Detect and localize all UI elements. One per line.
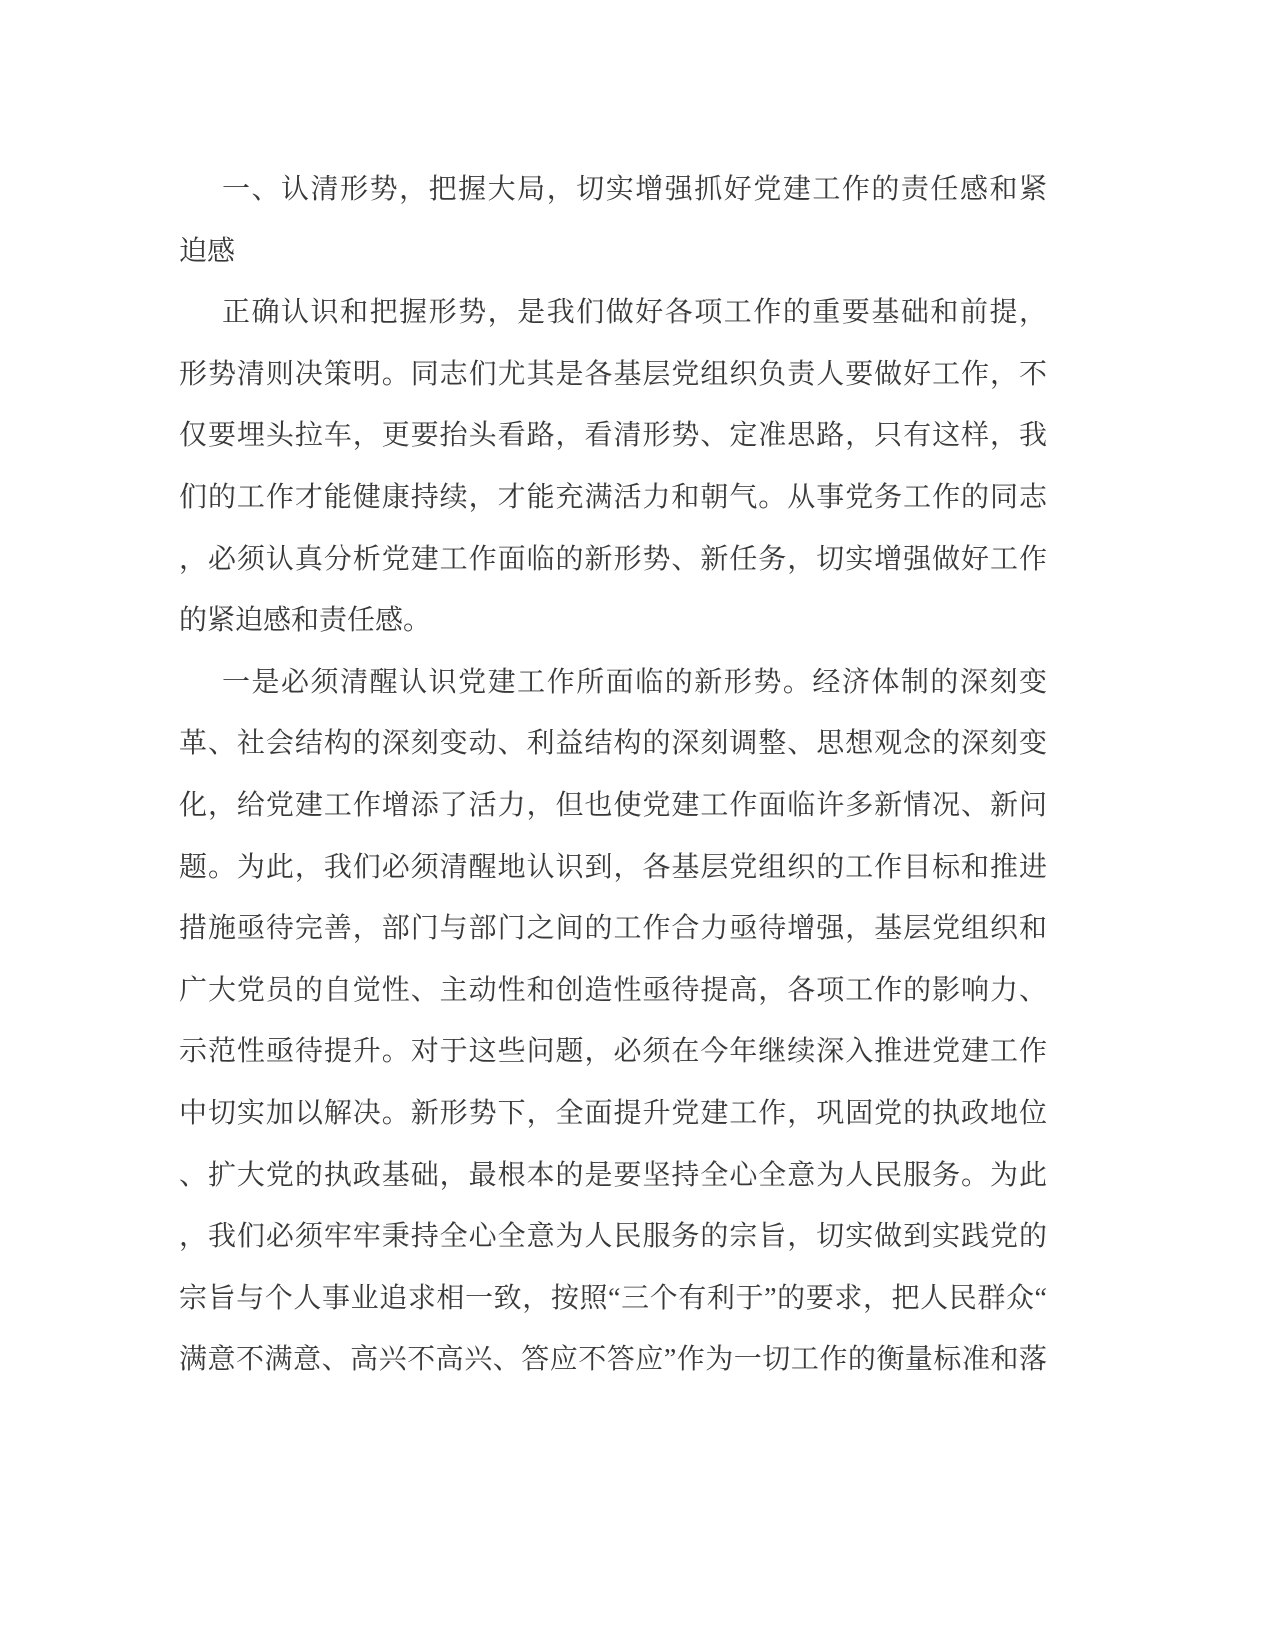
text-line: 中切实加以解决。新形势下，全面提升党建工作，巩固党的执政地位 <box>179 1083 1047 1145</box>
document-body: 一、认清形势，把握大局，切实增强抓好党建工作的责任感和紧迫感正确认识和把握形势，… <box>179 159 1047 1391</box>
text-line: 的紧迫感和责任感。 <box>179 590 1047 652</box>
text-line: 、扩大党的执政基础，最根本的是要坚持全心全意为人民服务。为此 <box>179 1145 1047 1207</box>
text-line: 一、认清形势，把握大局，切实增强抓好党建工作的责任感和紧 <box>179 159 1047 221</box>
text-line: ，我们必须牢牢秉持全心全意为人民服务的宗旨，切实做到实践党的 <box>179 1206 1047 1268</box>
text-line: 一是必须清醒认识党建工作所面临的新形势。经济体制的深刻变 <box>179 652 1047 714</box>
text-line: 示范性亟待提升。对于这些问题，必须在今年继续深入推进党建工作 <box>179 1021 1047 1083</box>
text-line: 仅要埋头拉车，更要抬头看路，看清形势、定准思路，只有这样，我 <box>179 405 1047 467</box>
text-line: 措施亟待完善，部门与部门之间的工作合力亟待增强，基层党组织和 <box>179 898 1047 960</box>
text-line: 题。为此，我们必须清醒地认识到，各基层党组织的工作目标和推进 <box>179 837 1047 899</box>
text-line: 化，给党建工作增添了活力，但也使党建工作面临许多新情况、新问 <box>179 775 1047 837</box>
text-line: 们的工作才能健康持续，才能充满活力和朝气。从事党务工作的同志 <box>179 467 1047 529</box>
text-line: 形势清则决策明。同志们尤其是各基层党组织负责人要做好工作，不 <box>179 344 1047 406</box>
text-line: 满意不满意、高兴不高兴、答应不答应”作为一切工作的衡量标准和落 <box>179 1329 1047 1391</box>
text-line: 迫感 <box>179 221 1047 283</box>
text-line: 宗旨与个人事业追求相一致，按照“三个有利于”的要求，把人民群众“ <box>179 1268 1047 1330</box>
text-line: ，必须认真分析党建工作面临的新形势、新任务，切实增强做好工作 <box>179 529 1047 591</box>
text-line: 广大党员的自觉性、主动性和创造性亟待提高，各项工作的影响力、 <box>179 960 1047 1022</box>
text-line: 革、社会结构的深刻变动、利益结构的深刻调整、思想观念的深刻变 <box>179 713 1047 775</box>
text-line: 正确认识和把握形势，是我们做好各项工作的重要基础和前提， <box>179 282 1047 344</box>
document-page: 一、认清形势，把握大局，切实增强抓好党建工作的责任感和紧迫感正确认识和把握形势，… <box>0 0 1275 1650</box>
